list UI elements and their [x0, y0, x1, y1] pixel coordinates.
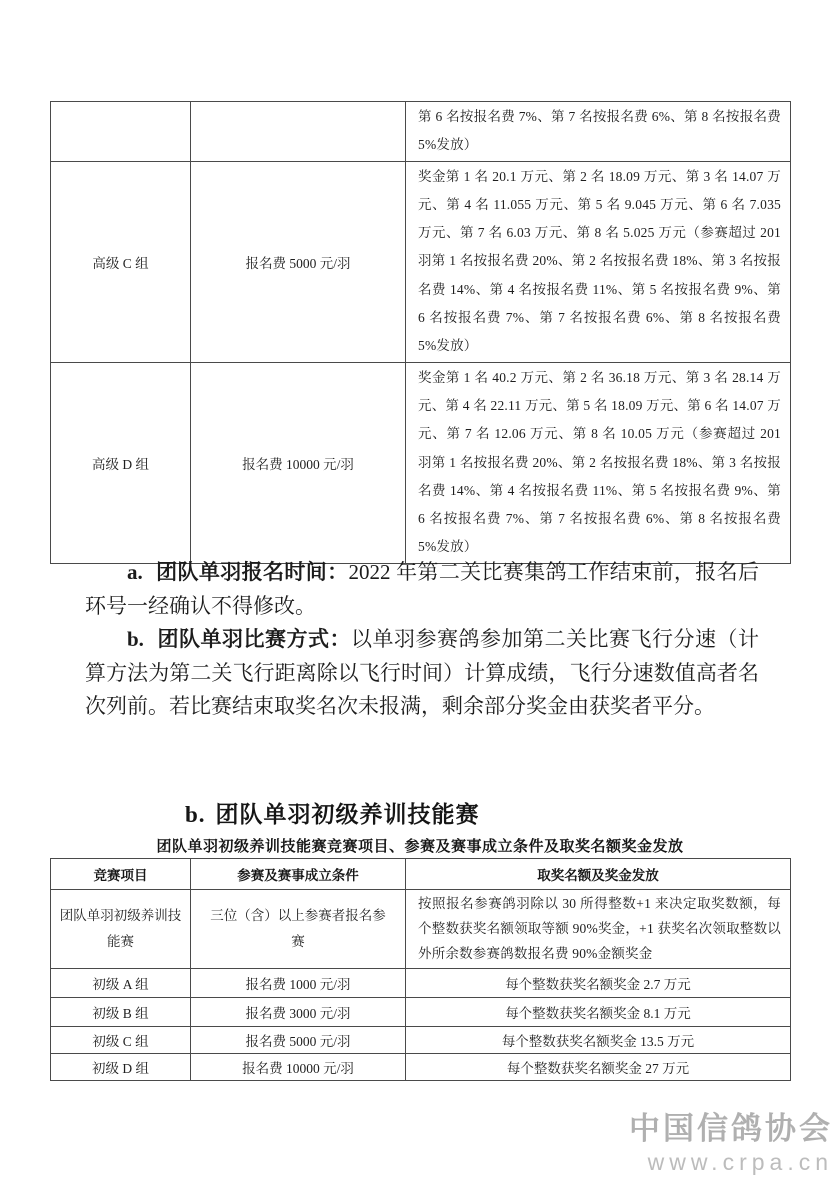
rule-letter: b.: [127, 627, 144, 651]
document-page: 第 6 名按报名费 7%、第 7 名按报名费 6%、第 8 名按报名费 5%发放…: [0, 0, 840, 1187]
rule-letter: a.: [127, 560, 143, 584]
rule-item-a: a.团队单羽报名时间：2022 年第二关比赛集鸽工作结束前，报名后环号一经确认不…: [85, 556, 759, 623]
fee-cell: 报名费 5000 元/羽: [191, 161, 406, 362]
project-cell: 初级 D 组: [51, 1053, 191, 1080]
advanced-group-prize-table: 第 6 名按报名费 7%、第 7 名按报名费 6%、第 8 名按报名费 5%发放…: [50, 101, 791, 564]
section-letter: b.: [185, 802, 206, 827]
group-cell: 高级 C 组: [51, 161, 191, 362]
prize-cell: 第 6 名按报名费 7%、第 7 名按报名费 6%、第 8 名按报名费 5%发放…: [406, 102, 791, 162]
prize-cell: 按照报名参赛鸽羽除以 30 所得整数+1 来决定取奖数额，每个整数获奖名额领取等…: [406, 890, 791, 969]
condition-cell: 报名费 5000 元/羽: [191, 1026, 406, 1053]
fee-cell: 报名费 10000 元/羽: [191, 362, 406, 563]
prize-cell: 奖金第 1 名 20.1 万元、第 2 名 18.09 万元、第 3 名 14.…: [406, 161, 791, 362]
table-row: 高级 D 组 报名费 10000 元/羽 奖金第 1 名 40.2 万元、第 2…: [51, 362, 791, 563]
prize-cell: 每个整数获奖名额奖金 27 万元: [406, 1053, 791, 1080]
condition-cell: 报名费 10000 元/羽: [191, 1053, 406, 1080]
table-row: 第 6 名按报名费 7%、第 7 名按报名费 6%、第 8 名按报名费 5%发放…: [51, 102, 791, 162]
watermark: 中国信鸽协会 www.crpa.cn: [629, 1113, 833, 1174]
table-row: 高级 C 组 报名费 5000 元/羽 奖金第 1 名 20.1 万元、第 2 …: [51, 161, 791, 362]
header-project: 竞赛项目: [51, 859, 191, 890]
junior-skill-contest-table: 竞赛项目 参赛及赛事成立条件 取奖名额及奖金发放 团队单羽初级养训技能赛 三位（…: [50, 858, 791, 1081]
rule-title: 团队单羽比赛方式：: [157, 627, 351, 651]
rule-item-b: b.团队单羽比赛方式：以单羽参赛鸽参加第二关比赛飞行分速（计算方法为第二关飞行距…: [85, 623, 759, 724]
header-condition: 参赛及赛事成立条件: [191, 859, 406, 890]
watermark-logo-text: 中国信鸽协会: [629, 1113, 833, 1144]
condition-cell: 报名费 1000 元/羽: [191, 968, 406, 997]
rule-title: 团队单羽报名时间：: [156, 560, 349, 584]
header-prize: 取奖名额及奖金发放: [406, 859, 791, 890]
condition-cell: 三位（含）以上参赛者报名参赛: [191, 890, 406, 969]
section-title: 团队单羽初级养训技能赛: [216, 802, 480, 827]
prize-cell: 每个整数获奖名额奖金 2.7 万元: [406, 968, 791, 997]
project-cell: 团队单羽初级养训技能赛: [51, 890, 191, 969]
prize-cell: 每个整数获奖名额奖金 13.5 万元: [406, 1026, 791, 1053]
table-row: 初级 C 组 报名费 5000 元/羽 每个整数获奖名额奖金 13.5 万元: [51, 1026, 791, 1053]
watermark-url: www.crpa.cn: [629, 1151, 833, 1174]
project-cell: 初级 B 组: [51, 997, 191, 1026]
project-cell: 初级 A 组: [51, 968, 191, 997]
table-row: 初级 B 组 报名费 3000 元/羽 每个整数获奖名额奖金 8.1 万元: [51, 997, 791, 1026]
rules-paragraphs: a.团队单羽报名时间：2022 年第二关比赛集鸽工作结束前，报名后环号一经确认不…: [85, 556, 759, 724]
group-cell: 高级 D 组: [51, 362, 191, 563]
project-cell: 初级 C 组: [51, 1026, 191, 1053]
section-heading: b.团队单羽初级养训技能赛: [185, 796, 480, 829]
prize-cell: 奖金第 1 名 40.2 万元、第 2 名 36.18 万元、第 3 名 28.…: [406, 362, 791, 563]
table-row: 团队单羽初级养训技能赛 三位（含）以上参赛者报名参赛 按照报名参赛鸽羽除以 30…: [51, 890, 791, 969]
prize-cell: 每个整数获奖名额奖金 8.1 万元: [406, 997, 791, 1026]
table-row: 初级 D 组 报名费 10000 元/羽 每个整数获奖名额奖金 27 万元: [51, 1053, 791, 1080]
fee-cell: [191, 102, 406, 162]
table-caption: 团队单羽初级养训技能赛竞赛项目、参赛及赛事成立条件及取奖名额奖金发放: [50, 835, 790, 856]
table-header-row: 竞赛项目 参赛及赛事成立条件 取奖名额及奖金发放: [51, 859, 791, 890]
condition-cell: 报名费 3000 元/羽: [191, 997, 406, 1026]
group-cell: [51, 102, 191, 162]
table-row: 初级 A 组 报名费 1000 元/羽 每个整数获奖名额奖金 2.7 万元: [51, 968, 791, 997]
